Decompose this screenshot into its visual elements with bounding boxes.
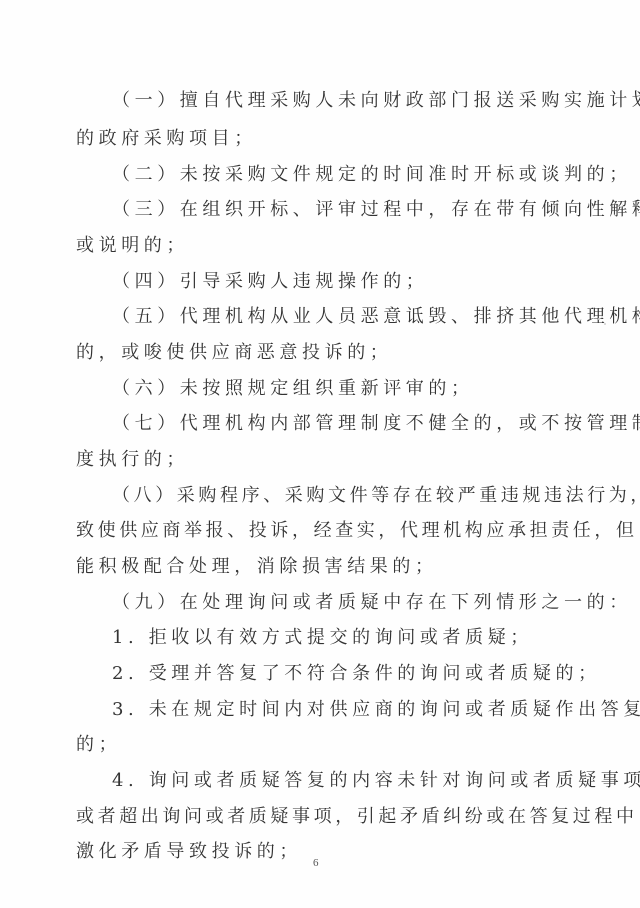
text-line-item-3-start: （三）在组织开标、评审过程中，存在带有倾向性解释 — [112, 199, 640, 221]
text-line-item-1-cont: 的政府采购项目； — [76, 128, 257, 150]
text-line-sub-3-cont: 的； — [76, 734, 121, 756]
text-line-sub-4-start: 4. 询问或者质疑答复的内容未针对询问或者质疑事项 — [112, 770, 640, 792]
text-line-sub-4-cont-2: 激化矛盾导致投诉的； — [76, 841, 302, 863]
text-line-item-5-start: （五）代理机构从业人员恶意诋毁、排挤其他代理机构 — [112, 306, 640, 328]
scan-artifact — [604, 323, 606, 325]
text-line-item-7-start: （七）代理机构内部管理制度不健全的，或不按管理制 — [112, 413, 640, 435]
text-line-sub-4-cont-1: 或者超出询问或者质疑事项，引起矛盾纠纷或在答复过程中 — [76, 806, 638, 828]
text-line-item-7-cont: 度执行的； — [76, 449, 189, 471]
page-number: 6 — [313, 857, 319, 869]
text-line-sub-3-start: 3. 未在规定时间内对供应商的询问或者质疑作出答复 — [112, 699, 640, 721]
text-line-item-9: （九）在处理询问或者质疑中存在下列情形之一的： — [112, 592, 632, 614]
text-line-item-6: （六）未按照规定组织重新评审的； — [112, 378, 474, 400]
text-line-item-4: （四）引导采购人违规操作的； — [112, 271, 428, 293]
text-line-item-8-cont-2: 能积极配合处理，消除损害结果的； — [76, 556, 438, 578]
scan-artifact — [598, 318, 600, 320]
text-line-sub-2: 2. 受理并答复了不符合条件的询问或者质疑的； — [112, 663, 601, 685]
text-line-sub-1: 1. 拒收以有效方式提交的询问或者质疑； — [112, 627, 533, 649]
text-line-item-5-cont: 的，或唆使供应商恶意投诉的； — [76, 342, 392, 364]
text-line-item-2: （二）未按采购文件规定的时间准时开标或谈判的； — [112, 164, 632, 186]
text-line-item-3-cont: 或说明的； — [76, 235, 189, 257]
text-line-item-8-cont-1: 致使供应商举报、投诉，经查实，代理机构应承担责任，但 — [76, 520, 638, 542]
document-page: （一）擅自代理采购人未向财政部门报送采购实施计划 的政府采购项目； （二）未按采… — [0, 0, 640, 908]
text-line-item-8-start: （八）采购程序、采购文件等存在较严重违规违法行为， — [112, 485, 640, 507]
text-line-item-1-start: （一）擅自代理采购人未向财政部门报送采购实施计划 — [112, 90, 640, 112]
